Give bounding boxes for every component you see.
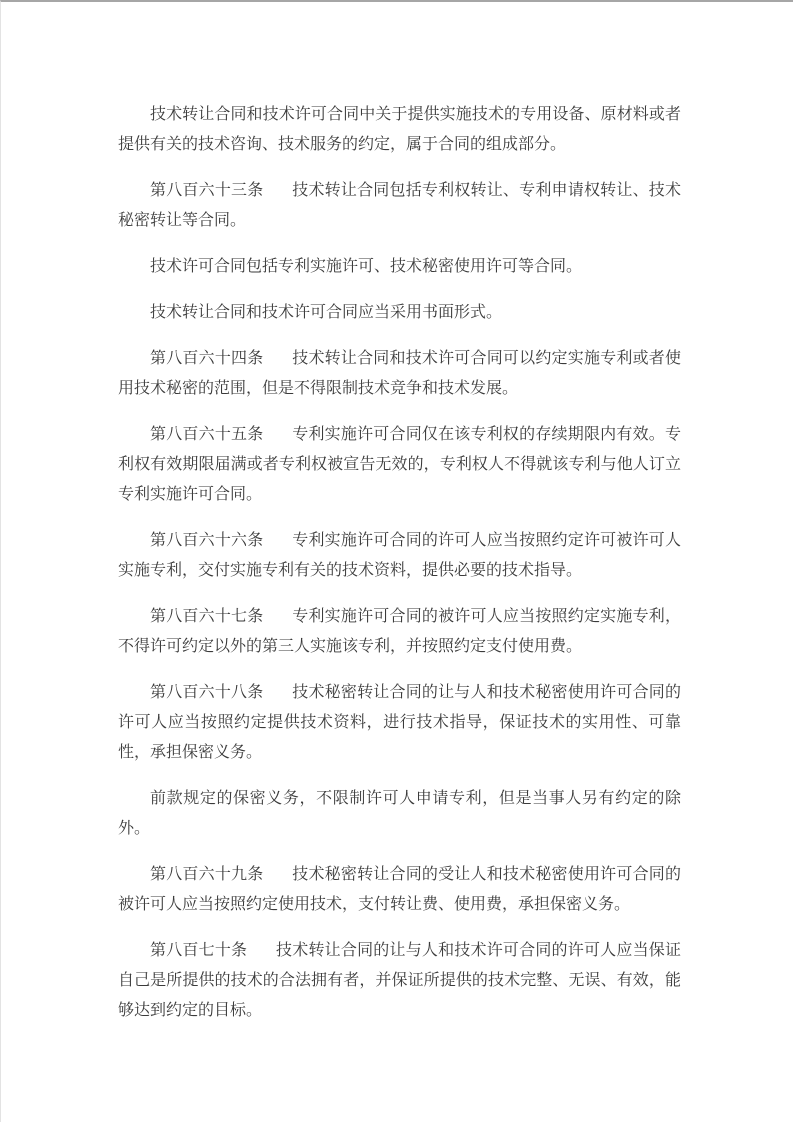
paragraph-text: 技术转让合同和技术许可合同应当采用书面形式。 (150, 304, 502, 321)
article-number: 第八百六十八条 (150, 684, 263, 701)
document-page: 技术转让合同和技术许可合同中关于提供实施技术的专用设备、原材料或者提供有关的技术… (0, 0, 793, 1122)
article-number: 第八百六十六条 (150, 532, 263, 549)
paragraph-article-863-clause-3: 技术转让合同和技术许可合同应当采用书面形式。 (118, 298, 681, 328)
article-number: 第八百六十四条 (150, 350, 263, 367)
article-number: 第八百七十条 (150, 942, 247, 959)
paragraph-article-866: 第八百六十六条专利实施许可合同的许可人应当按照约定许可被许可人实施专利，交付实施… (118, 526, 681, 586)
paragraph-article-868: 第八百六十八条技术秘密转让合同的让与人和技术秘密使用许可合同的许可人应当按照约定… (118, 678, 681, 768)
document-content: 技术转让合同和技术许可合同中关于提供实施技术的专用设备、原材料或者提供有关的技术… (1, 2, 793, 1026)
paragraph-article-865: 第八百六十五条专利实施许可合同仅在该专利权的存续期限内有效。专利权有效期限届满或… (118, 420, 681, 510)
paragraph-article-863: 第八百六十三条技术转让合同包括专利权转让、专利申请权转让、技术秘密转让等合同。 (118, 176, 681, 236)
paragraph-article-868-clause-2: 前款规定的保密义务，不限制许可人申请专利，但是当事人另有约定的除外。 (118, 784, 681, 844)
paragraph-article-869: 第八百六十九条技术秘密转让合同的受让人和技术秘密使用许可合同的被许可人应当按照约… (118, 860, 681, 920)
paragraph-article-867: 第八百六十七条专利实施许可合同的被许可人应当按照约定实施专利，不得许可约定以外的… (118, 602, 681, 662)
paragraph-text: 技术转让合同和技术许可合同中关于提供实施技术的专用设备、原材料或者提供有关的技术… (118, 106, 681, 153)
paragraph-article-864: 第八百六十四条技术转让合同和技术许可合同可以约定实施专利或者使用技术秘密的范围，… (118, 344, 681, 404)
paragraph-text: 技术许可合同包括专利实施许可、技术秘密使用许可等合同。 (150, 258, 582, 275)
paragraph-article-870: 第八百七十条技术转让合同的让与人和技术许可合同的许可人应当保证自己是所提供的技术… (118, 936, 681, 1026)
paragraph-article-863-clause-2: 技术许可合同包括专利实施许可、技术秘密使用许可等合同。 (118, 252, 681, 282)
article-number: 第八百六十七条 (150, 608, 263, 625)
article-number: 第八百六十五条 (150, 426, 263, 443)
paragraph-text: 前款规定的保密义务，不限制许可人申请专利，但是当事人另有约定的除外。 (118, 790, 681, 837)
paragraph-intro: 技术转让合同和技术许可合同中关于提供实施技术的专用设备、原材料或者提供有关的技术… (118, 100, 681, 160)
article-number: 第八百六十九条 (150, 866, 263, 883)
article-number: 第八百六十三条 (150, 182, 263, 199)
